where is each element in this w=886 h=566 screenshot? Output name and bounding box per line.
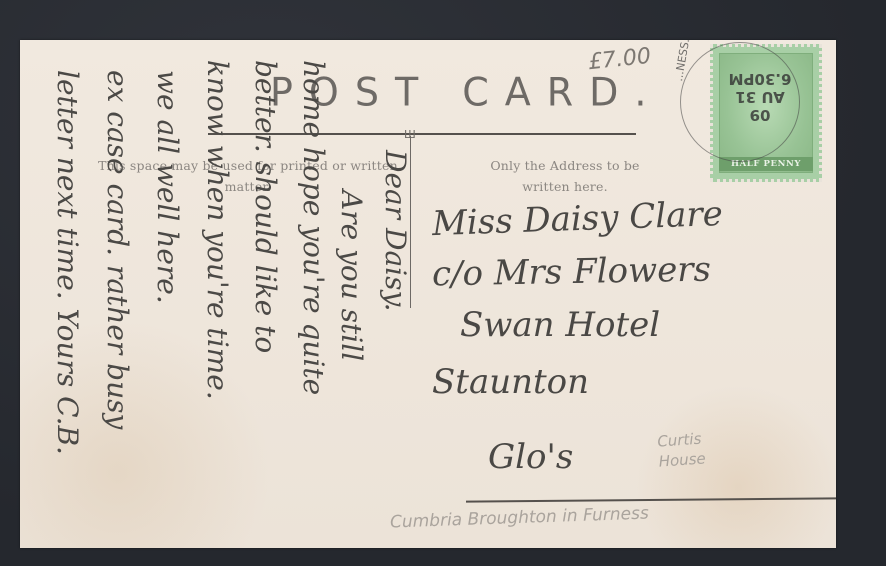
address-line: Miss Daisy Clare <box>431 197 723 241</box>
message-line: better. should like to <box>249 60 282 353</box>
message-line: letter next time. Yours C.B. <box>51 70 84 455</box>
message-line: home hope you're quite <box>297 60 330 395</box>
address-line: Swan Hotel <box>460 308 660 342</box>
bottom-rule <box>466 497 836 502</box>
postmark-text: 09 AU 31 6.30PM <box>720 70 800 124</box>
postmark-date: AU 31 <box>720 88 800 106</box>
message-line: Dear Daisy. <box>379 150 412 311</box>
right-instruction-line1: Only the Address to be <box>465 155 665 176</box>
address-line: c/o Mrs Flowers <box>432 253 712 292</box>
message-line: ex case card. rather busy <box>101 70 134 429</box>
pencil-location: Cumbria Broughton in Furness <box>390 503 649 532</box>
pencil-note: Curtis House <box>657 428 707 471</box>
postmark-year: 09 <box>720 106 800 124</box>
right-instruction: Only the Address to be written here. <box>465 155 665 197</box>
postmark-time: 6.30PM <box>720 70 800 88</box>
right-instruction-line2: written here. <box>465 176 665 197</box>
address-line: Glo's <box>488 440 573 474</box>
address-line: Staunton <box>432 365 589 399</box>
postcard: POST CARD. Ш This space may be used for … <box>20 40 836 548</box>
pencil-note-line: House <box>658 448 706 471</box>
message-line: Are you still <box>335 190 368 361</box>
message-line: know when you're time. <box>201 60 234 400</box>
message-line: we all well here. <box>151 70 184 304</box>
